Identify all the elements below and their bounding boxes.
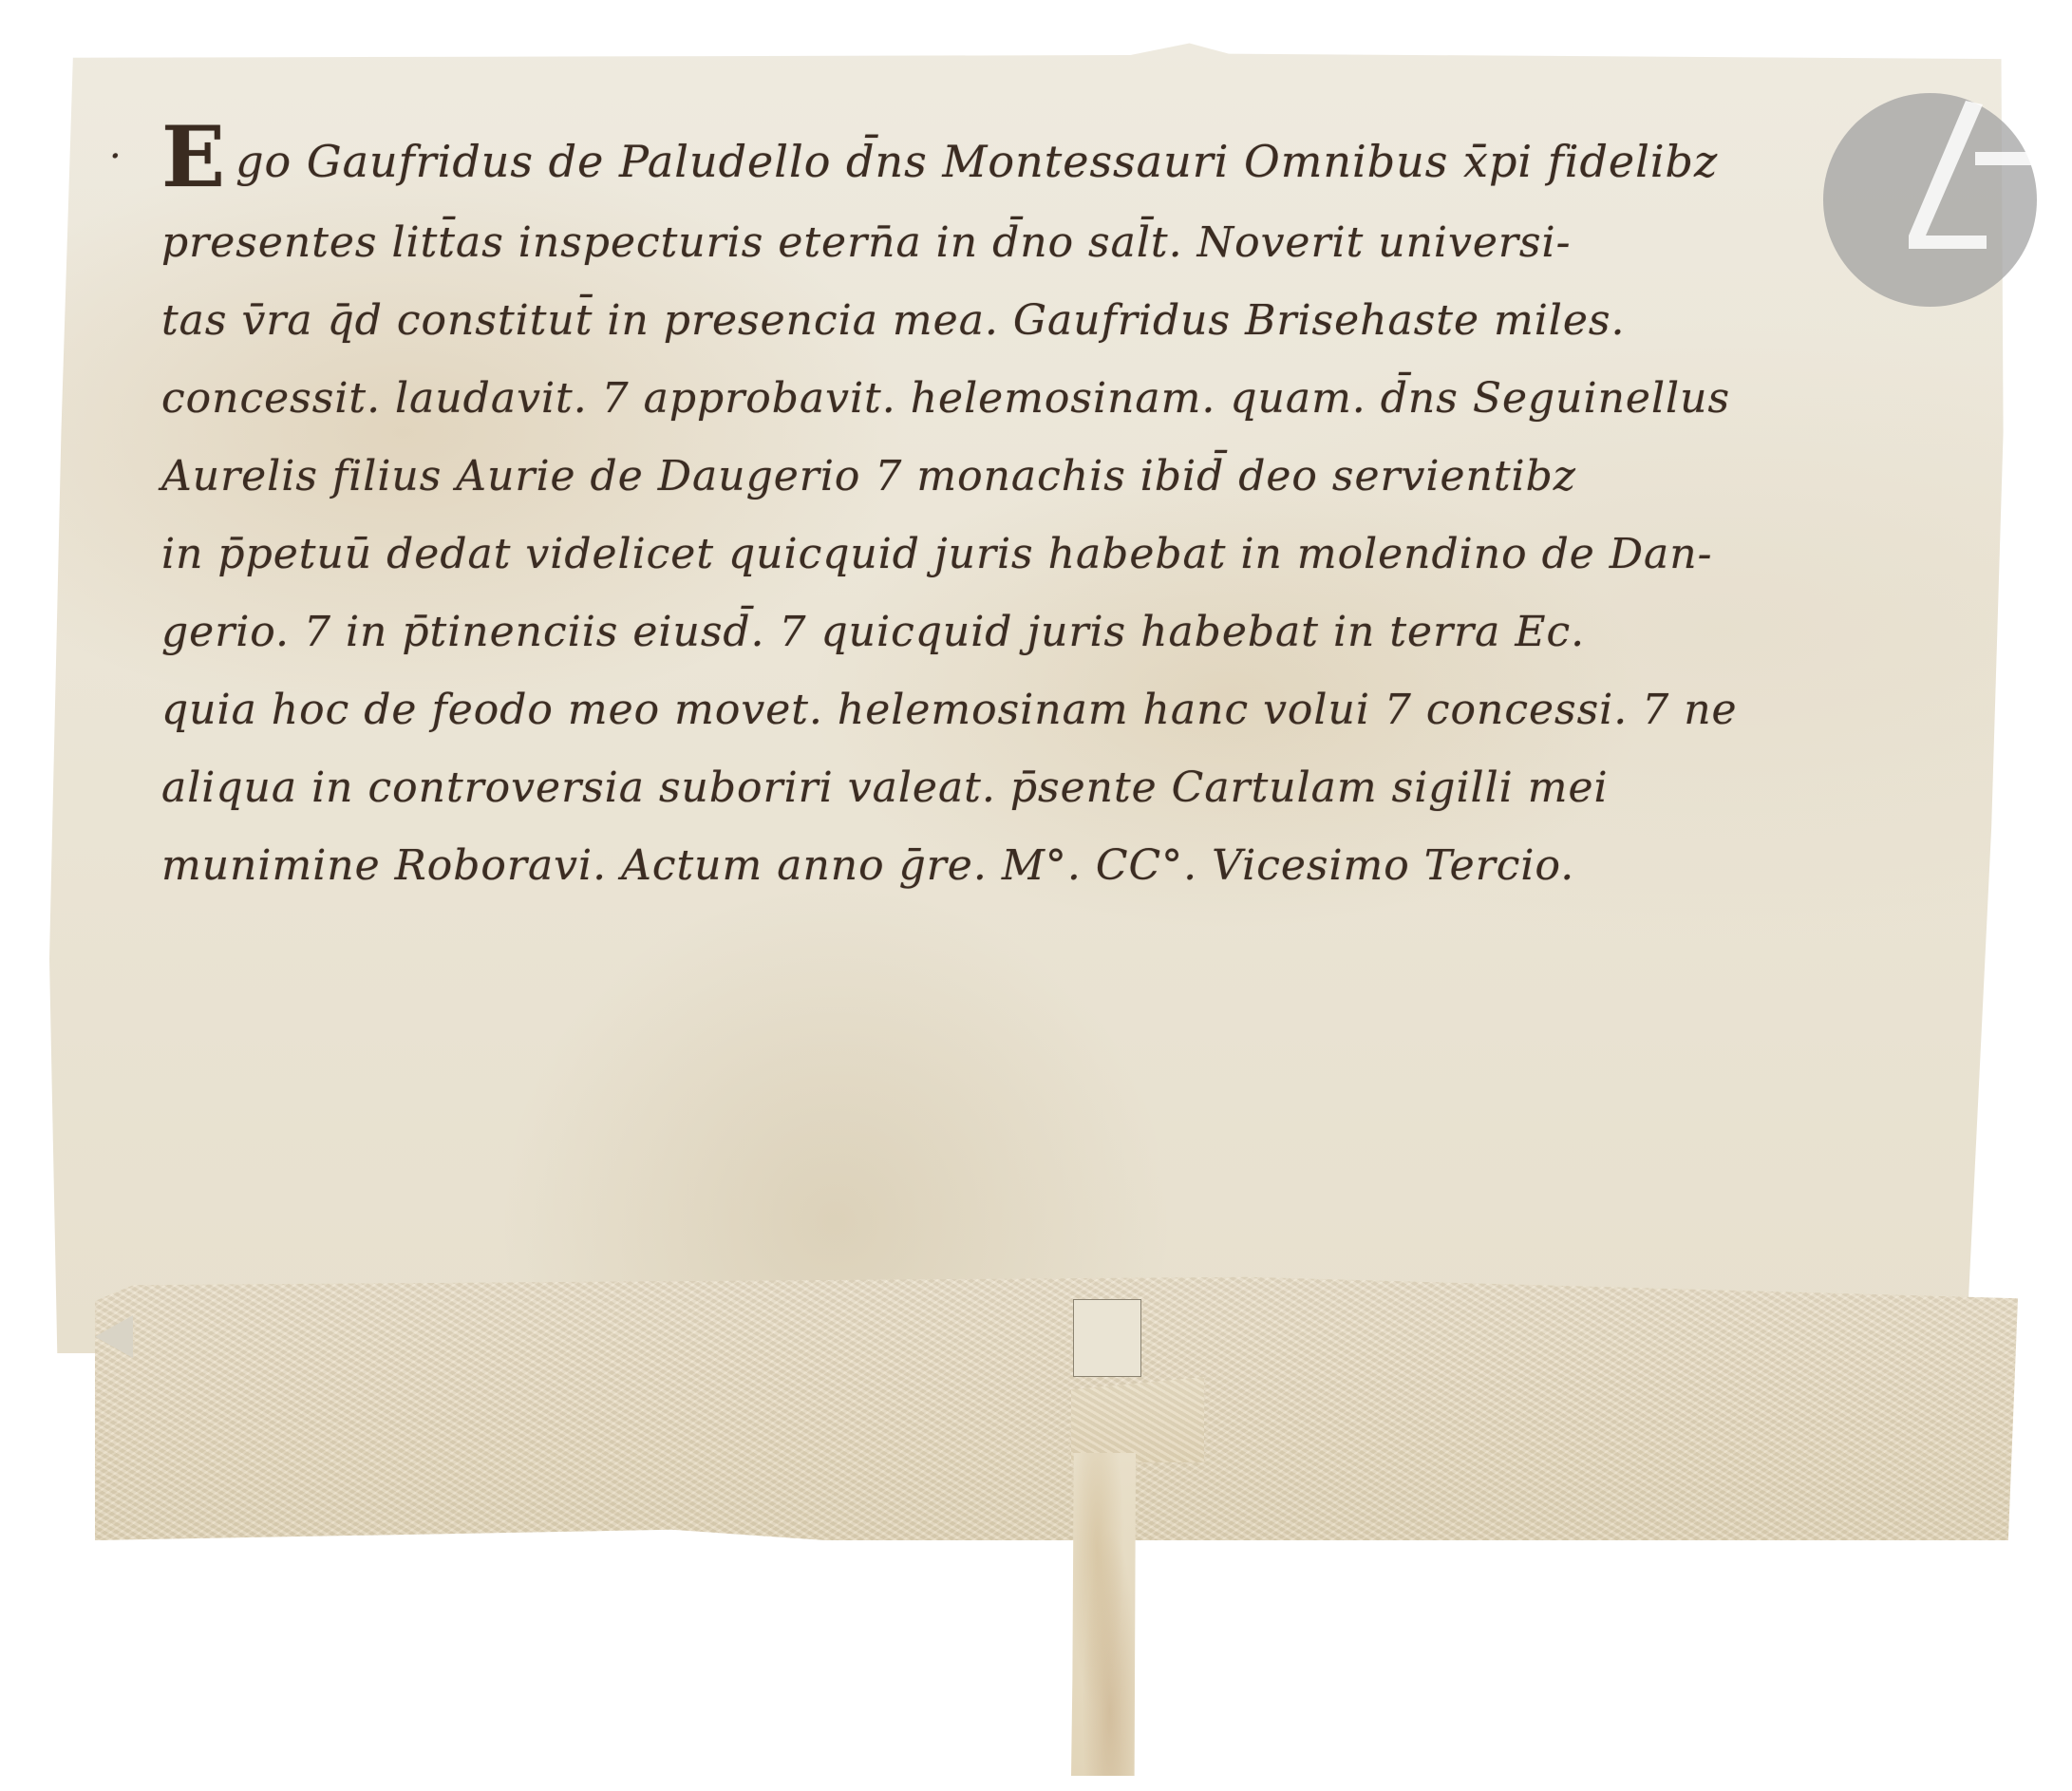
charter-line-3: tas v̄ra q̄d constitut̄ in presencia mea… <box>161 282 1966 360</box>
charter-line-4: concessit. laudavit. 7 approbavit. helem… <box>161 360 1966 438</box>
seal-tag-band <box>1071 1377 1204 1462</box>
charter-line-8: quia hoc de feodo meo movet. helemosinam… <box>161 671 1966 749</box>
charter-text: · Ego Gaufridus de Paludello d̄ns Montes… <box>161 109 1966 905</box>
folded-plica <box>95 1274 2018 1540</box>
seal-tag-slot <box>1073 1299 1141 1377</box>
auction-house-logo-icon <box>1823 93 2037 307</box>
leading-mark: · <box>109 109 122 204</box>
decorated-initial: E <box>161 109 226 204</box>
charter-line-10: munimine Roboravi. Actum anno ḡre. M°. … <box>161 827 1966 905</box>
charter-line-2: presentes litt̄as inspecturis etern̄a in… <box>161 204 1966 282</box>
charter-line-7: gerio. 7 in p̄tinenciis eiusd̄. 7 quicqu… <box>161 594 1966 671</box>
logo-glyph-icon <box>1823 93 2037 307</box>
charter-line-5: Aurelis filius Aurie de Daugerio 7 monac… <box>161 438 1966 516</box>
charter-line-9: aliqua in controversia suboriri valeat. … <box>161 749 1966 827</box>
seal-tag <box>1071 1453 1136 1776</box>
charter-line-1: · Ego Gaufridus de Paludello d̄ns Montes… <box>161 109 1966 204</box>
line-text: go Gaufridus de Paludello d̄ns Montessau… <box>235 136 1718 187</box>
charter-line-6: in p̄petuū dedat videlicet quicquid jur… <box>161 516 1966 594</box>
